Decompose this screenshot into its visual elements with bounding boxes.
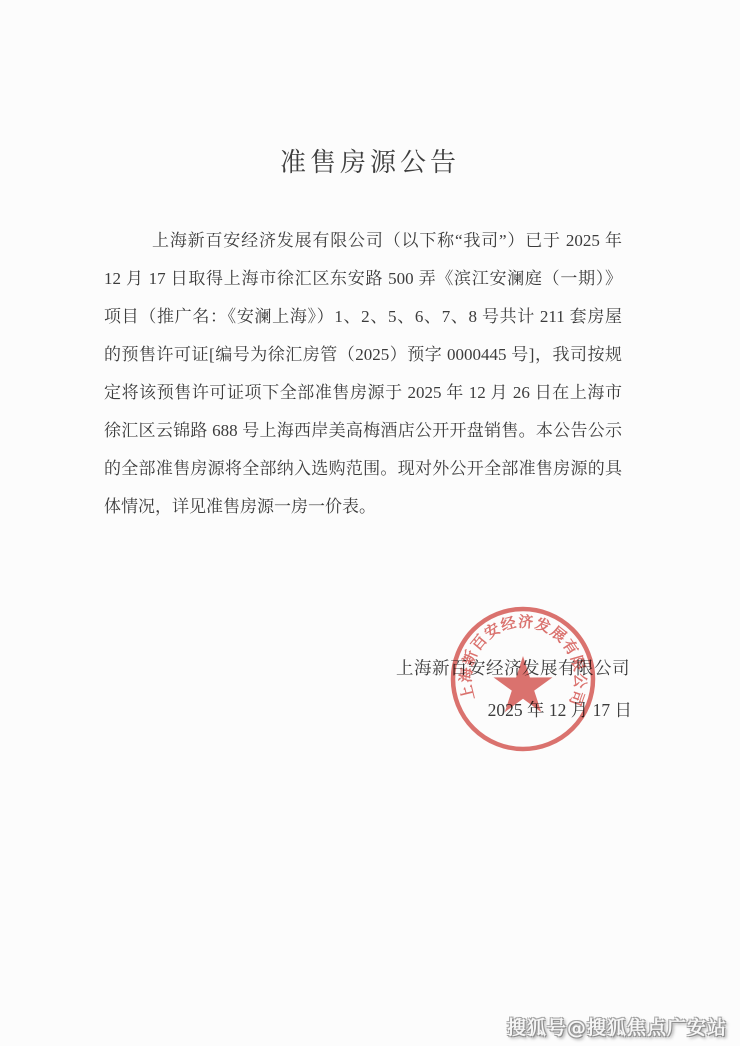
body-line: 的预售许可证[编号为徐汇房管（2025）预字 0000445 号]，我司按规 (104, 336, 622, 374)
body-line: 项目（推广名：《安澜上海》）1、2、5、6、7、8 号共计 211 套房屋 (104, 298, 622, 336)
announcement-body: 上海新百安经济发展有限公司（以下称“我司”）已于 2025 年 12 月 17 … (104, 222, 622, 526)
body-line: 体情况，详见准售房源一房一价表。 (104, 488, 622, 526)
announcement-document: 准售房源公告 上海新百安经济发展有限公司（以下称“我司”）已于 2025 年 1… (0, 0, 740, 1046)
watermark: 搜狐号@搜狐焦点广安站 (507, 1013, 727, 1040)
body-line: 12 月 17 日取得上海市徐汇区东安路 500 弄《滨江安澜庭（一期）》 (104, 260, 622, 298)
body-line: 徐汇区云锦路 688 号上海西岸美高梅酒店公开开盘销售。本公告公示 (104, 412, 622, 450)
document-title: 准售房源公告 (0, 142, 740, 179)
signature-date: 2025 年 12 月 17 日 (488, 697, 632, 722)
body-line: 的全部准售房源将全部纳入选购范围。现对外公开全部准售房源的具 (104, 450, 622, 488)
body-line: 定将该预售许可证项下全部准售房源于 2025 年 12 月 26 日在上海市 (104, 374, 622, 412)
body-line: 上海新百安经济发展有限公司（以下称“我司”）已于 2025 年 (104, 222, 622, 260)
signature-company: 上海新百安经济发展有限公司 (396, 655, 630, 680)
